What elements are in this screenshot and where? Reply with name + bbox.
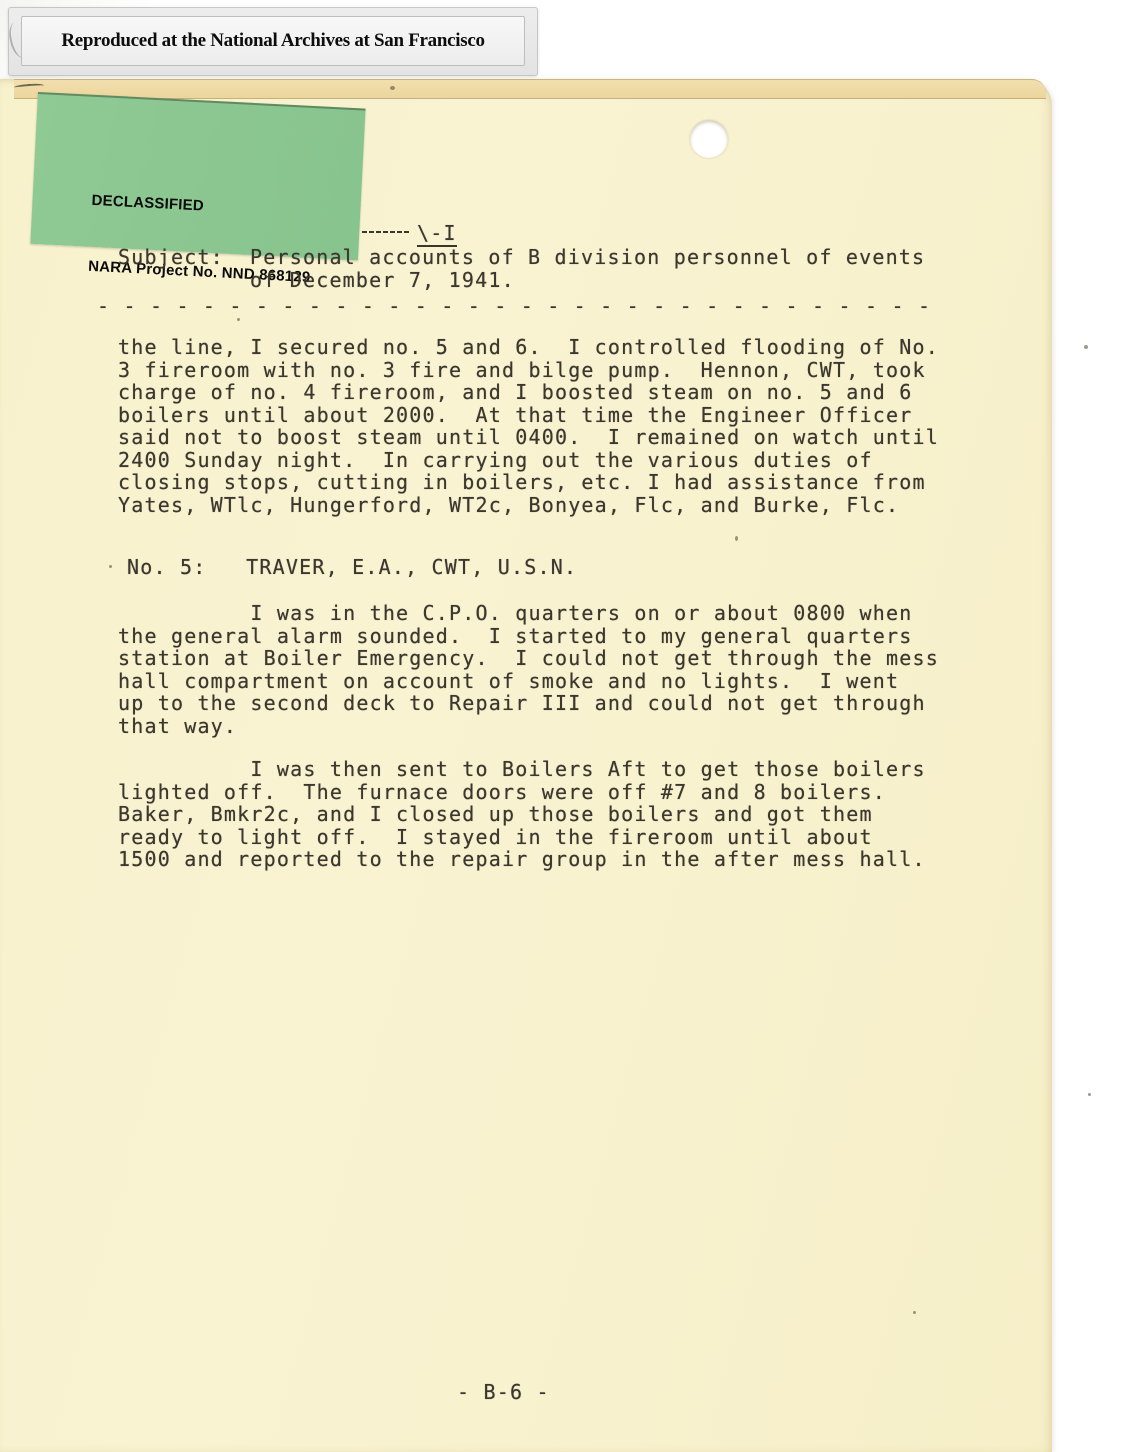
folder-edge-strip [14, 79, 1046, 99]
enclosure-fragment-text: \-I [417, 221, 457, 247]
ink-speck [237, 318, 240, 321]
ink-speck [109, 565, 112, 568]
paragraph-traver-2: I was then sent to Boilers Aft to get th… [118, 758, 926, 871]
scanned-document: Reproduced at the National Archives at S… [0, 0, 1122, 1452]
ink-speck [1088, 1093, 1091, 1096]
archive-banner: Reproduced at the National Archives at S… [8, 7, 538, 76]
sticker-line-declassified: DECLASSIFIED [91, 190, 314, 223]
declassified-sticker: DECLASSIFIED NARA Project No. NND 868129 [30, 92, 365, 260]
subject-label: Subject: [118, 246, 224, 269]
ink-speck [735, 536, 738, 541]
separator-dashes: - - - - - - - - - - - - - - - - - - - - … [97, 295, 931, 318]
archive-banner-panel: Reproduced at the National Archives at S… [21, 16, 525, 66]
paragraph-traver-1: I was in the C.P.O. quarters on or about… [118, 602, 939, 737]
paragraph-account-continued: the line, I secured no. 5 and 6. I contr… [118, 336, 939, 516]
ink-speck [1084, 345, 1088, 349]
subject-text: Personal accounts of B division personne… [250, 246, 925, 291]
punch-hole [690, 120, 728, 158]
enclosure-fragment-underline [362, 231, 410, 233]
ink-speck [913, 1311, 916, 1314]
entry-heading-no5: No. 5: TRAVER, E.A., CWT, U.S.N. [127, 556, 577, 579]
ink-speck [390, 86, 395, 90]
page-number: - B-6 - [457, 1381, 550, 1404]
archive-banner-text: Reproduced at the National Archives at S… [61, 30, 484, 52]
